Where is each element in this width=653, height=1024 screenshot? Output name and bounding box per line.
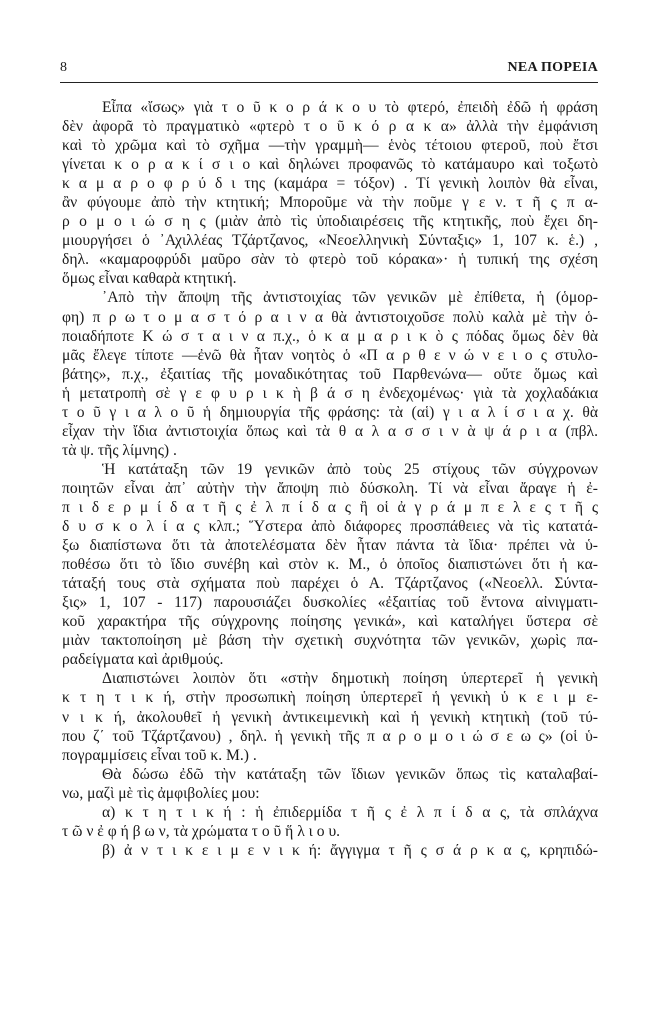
text-line: ὅμως εἶναι καθαρὰ κτητική. bbox=[62, 269, 598, 288]
text-line: ποθέσω ὅτι τὸ ἴδιο συνέβη καὶ στὸν κ. Μ.… bbox=[62, 555, 598, 574]
text-line: ἂν φύγουμε ἀπὸ τὴν κτητική; Μποροῦμε νὰ … bbox=[62, 193, 598, 212]
text-line: τὰ ψ. τῆς λίμνης) . bbox=[62, 441, 598, 460]
text-line: Ἡ κατάταξη τῶν 19 γενικῶν ἀπὸ τοὺς 25 στ… bbox=[62, 460, 598, 479]
text-line: δὲν ἀφορᾶ τὸ πραγματικὸ «φτερὸ τ ο ῦ κ ό… bbox=[62, 117, 598, 136]
text-line: ποιητῶν εἶναι ἀπ᾿ αὐτὴν τὴν ἄποψη πιὸ δύ… bbox=[62, 479, 598, 498]
text-line: τάταξή τους στὰ σχήματα ποὺ παρέχει ὁ Α.… bbox=[62, 574, 598, 593]
text-line: Θὰ δώσω ἐδῶ τὴν κατάταξη τῶν ἴδιων γενικ… bbox=[62, 765, 598, 784]
text-line: που ζ΄ τοῦ Τζάρτζανου) , δηλ. ἡ γενικὴ τ… bbox=[62, 727, 598, 746]
text-line: ἡ μετατροπὴ σὲ γ ε φ υ ρ ι κ ὴ β ά σ η ἐ… bbox=[62, 384, 598, 403]
text-line: γίνεται κ ο ρ α κ ί σ ι ο καὶ δηλώνει πρ… bbox=[62, 155, 598, 174]
text-line: κ τ η τ ι κ ή, στὴν προσωπικὴ ποίηση ὑπε… bbox=[62, 688, 598, 707]
text-line: π ι δ ε ρ μ ί δ α τ ῆ ς ἐ λ π ί δ α ς ἢ … bbox=[62, 498, 598, 517]
text-line: μᾶς ἔλεγε τίποτε —ἐνῶ θὰ ἦταν νοητὸς ὁ «… bbox=[62, 346, 598, 365]
text-line: ξω διαπίστωνα ὅτι τὰ ἀποτελέσματα δὲν ἦτ… bbox=[62, 536, 598, 555]
text-line: Διαπιστώνει λοιπὸν ὅτι «στὴν δημοτικὴ πο… bbox=[62, 669, 598, 688]
text-line: ποιαδήποτε Κ ώ σ τ α ι ν α π.χ., ὁ κ α μ… bbox=[62, 327, 598, 346]
text-line: δ υ σ κ ο λ ί α ς κλπ.; Ὕστερα ἀπὸ διάφο… bbox=[62, 517, 598, 536]
text-line: βάτης», π.χ., ἐξαιτίας τῆς μοναδικότητας… bbox=[62, 365, 598, 384]
page-number: 8 bbox=[60, 60, 67, 76]
text-line: φη) π ρ ω τ ο μ α σ τ ό ρ α ι ν α θὰ ἀντ… bbox=[62, 308, 598, 327]
text-line: ᾿Απὸ τὴν ἄποψη τῆς ἀντιστοιχίας τῶν γενι… bbox=[62, 288, 598, 307]
text-line: τ ο ῦ γ ι α λ ο ῦ ἡ δημιουργία τῆς φράση… bbox=[62, 403, 598, 422]
text-line: νω, μαζὶ μὲ τὶς ἀμφιβολίες μου: bbox=[62, 784, 598, 803]
text-line: β) ἀ ν τ ι κ ε ι μ ε ν ι κ ή: ἄγγιγμα τ … bbox=[62, 841, 598, 860]
text-line: α) κ τ η τ ι κ ή : ἡ ἐπιδερμίδα τ ῆ ς ἐ … bbox=[62, 803, 598, 822]
text-line: ρ ο μ ο ι ώ σ η ς (μιὰν ἀπὸ τὶς ὑποδιαιρ… bbox=[62, 212, 598, 231]
text-line: τ ῶ ν ἐ φ ή β ω ν, τὰ χρώματα τ ο ῦ ἥ λ … bbox=[62, 822, 598, 841]
text-line: ξις» 1, 107 - 117) παρουσιάζει δυσκολίες… bbox=[62, 593, 598, 612]
text-line: πογραμμίσεις εἶναι τοῦ κ. Μ.) . bbox=[62, 746, 598, 765]
text-line: ραδείγματα καὶ ἀριθμούς. bbox=[62, 650, 598, 669]
text-line: κοῦ χαρακτήρα τῆς σύγχρονης ποίησης γενι… bbox=[62, 612, 598, 631]
header-rule bbox=[60, 82, 598, 83]
body-text: Εἶπα «ἴσως» γιὰ τ ο ῦ κ ο ρ ά κ ο υ τὸ φ… bbox=[62, 98, 598, 860]
page-header: 8 ΝΕΑ ΠΟΡΕΙΑ bbox=[60, 58, 598, 82]
running-title: ΝΕΑ ΠΟΡΕΙΑ bbox=[507, 60, 598, 76]
text-line: μιουργήσει ὁ ᾿Αχιλλέας Τζάρτζανος, «Νεοε… bbox=[62, 231, 598, 250]
text-line: ν ι κ ή, ἀκολουθεῖ ἡ γενικὴ ἀντικειμενικ… bbox=[62, 708, 598, 727]
text-line: μιὰν τακτοποίηση μὲ βάση τὴν σχετικὴ συχ… bbox=[62, 631, 598, 650]
text-line: κ α μ α ρ ο φ ρ ύ δ ι της (καμάρα = τόξο… bbox=[62, 174, 598, 193]
text-line: δηλ. «καμαροφρύδι μαῦρο σὰν τὸ φτερὸ τοῦ… bbox=[62, 250, 598, 269]
text-line: καὶ τὸ χρῶμα καὶ τὸ σχῆμα —τὴν γραμμὴ— ἑ… bbox=[62, 136, 598, 155]
text-line: εἶχαν τὴν ἴδια ἀντιστοιχία ὅπως καὶ τὰ θ… bbox=[62, 422, 598, 441]
text-line: Εἶπα «ἴσως» γιὰ τ ο ῦ κ ο ρ ά κ ο υ τὸ φ… bbox=[62, 98, 598, 117]
